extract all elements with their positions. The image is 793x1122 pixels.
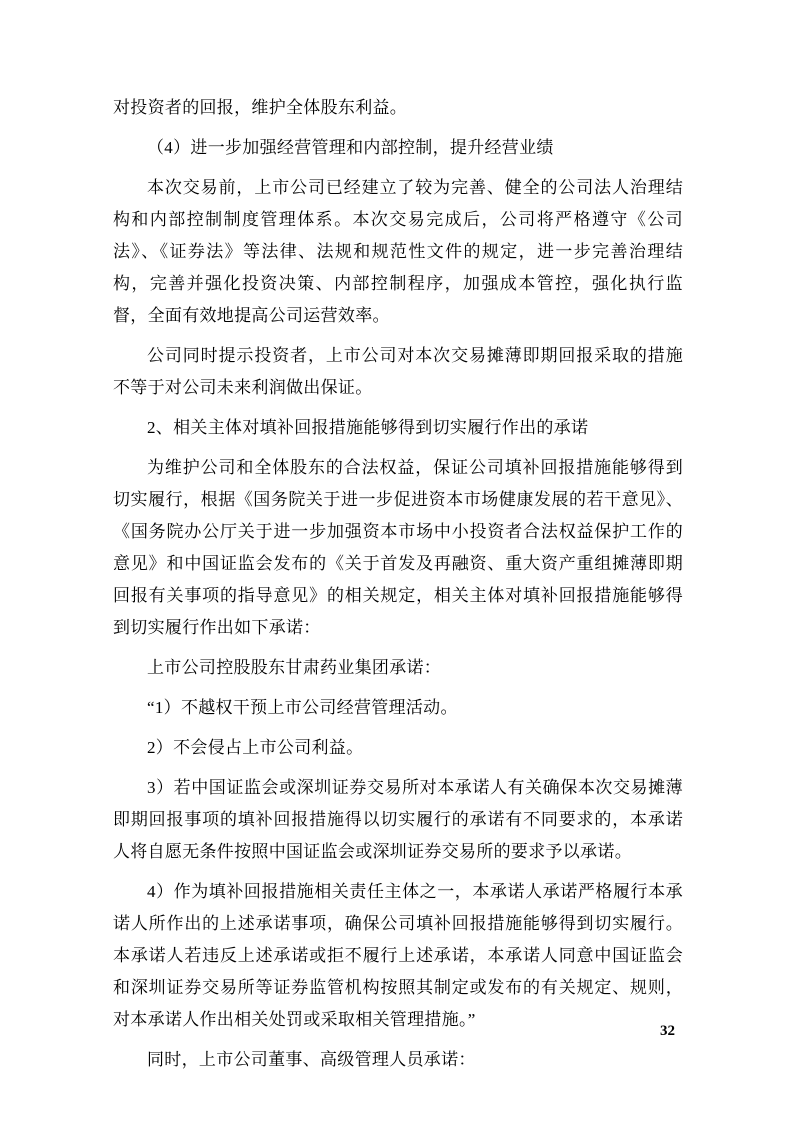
paragraph: “1）不越权干预上市公司经营管理活动。 (113, 692, 683, 724)
paragraph: 4）作为填补回报措施相关责任主体之一，本承诺人承诺严格履行本承诺人所作出的上述承… (113, 876, 683, 1036)
paragraph: 公司同时提示投资者，上市公司对本次交易摊薄即期回报采取的措施不等于对公司未来利润… (113, 340, 683, 404)
paragraph: （4）进一步加强经营管理和内部控制，提升经营业绩 (113, 132, 683, 164)
document-page: 对投资者的回报，维护全体股东利益。（4）进一步加强经营管理和内部控制，提升经营业… (0, 0, 793, 1122)
document-body: 对投资者的回报，维护全体股东利益。（4）进一步加强经营管理和内部控制，提升经营业… (113, 92, 683, 1084)
paragraph: 2、相关主体对填补回报措施能够得到切实履行作出的承诺 (113, 412, 683, 444)
paragraph: 本次交易前，上市公司已经建立了较为完善、健全的公司法人治理结构和内部控制制度管理… (113, 172, 683, 332)
paragraph: 为维护公司和全体股东的合法权益，保证公司填补回报措施能够得到切实履行，根据《国务… (113, 452, 683, 644)
paragraph: 同时，上市公司董事、高级管理人员承诺： (113, 1044, 683, 1076)
paragraph: 3）若中国证监会或深圳证券交易所对本承诺人有关确保本次交易摊薄即期回报事项的填补… (113, 772, 683, 868)
paragraph: 上市公司控股股东甘肃药业集团承诺： (113, 652, 683, 684)
paragraph: 对投资者的回报，维护全体股东利益。 (113, 92, 683, 124)
page-number: 32 (113, 1022, 675, 1040)
paragraph: 2）不会侵占上市公司利益。 (113, 732, 683, 764)
